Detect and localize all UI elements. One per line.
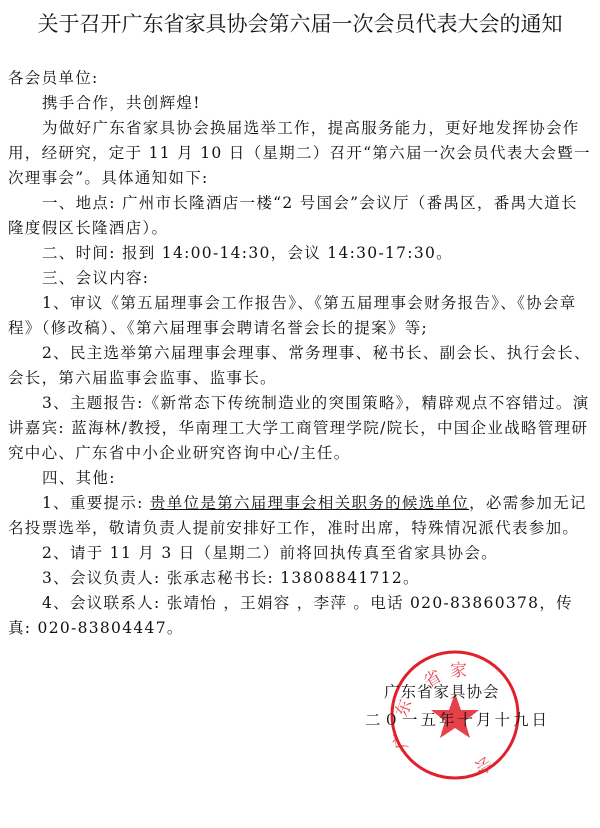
signature-date: 二０一五年十月十九日 — [365, 708, 550, 730]
candidate-notice-underlined: 贵单位是第六届理事会相关职务的候选单位 — [150, 494, 469, 512]
content-item-3: 3、主题报告:《新常态下传统制造业的突围策略》，精辟观点不容错过。演讲嘉宾: 蓝… — [8, 391, 594, 466]
document-title: 关于召开广东省家具协会第六届一次会员代表大会的通知 — [0, 8, 600, 38]
salutation: 各会员单位: — [8, 66, 594, 91]
section-other-heading: 四、其他: — [8, 466, 594, 491]
content-item-1: 1、审议《第五届理事会工作报告》、《第五届理事会财务报告》、《协会章程》（修改稿… — [8, 291, 594, 341]
section-time: 二、时间: 报到 14:00-14:30，会议 14:30-17:30。 — [8, 241, 594, 266]
other-item-1: 1、重要提示: 贵单位是第六届理事会相关职务的候选单位，必需参加无记名投票选举，… — [8, 491, 594, 541]
signature-organization: 广东省家具协会 — [384, 680, 500, 702]
svg-text:广: 广 — [390, 730, 413, 750]
other-item-3: 3、会议负责人: 张承志秘书长: 13808841712。 — [8, 566, 594, 591]
svg-text:家: 家 — [450, 661, 467, 681]
other-item-1-prefix: 1、重要提示: — [42, 494, 150, 512]
document-body: 各会员单位: 携手合作，共创辉煌! 为做好广东省家具协会换届选举工作，提高服务能… — [8, 66, 594, 641]
slogan: 携手合作，共创辉煌! — [8, 91, 594, 116]
other-item-2: 2、请于 11 月 3 日（星期二）前将回执传真至省家具协会。 — [8, 541, 594, 566]
content-item-2: 2、民主选举第六届理事会理事、常务理事、秘书长、副会长、执行会长、会长，第六届监… — [8, 341, 594, 391]
section-content-heading: 三、会议内容: — [8, 266, 594, 291]
intro-paragraph: 为做好广东省家具协会换届选举工作，提高服务能力，更好地发挥协会作用，经研究，定于… — [8, 116, 594, 191]
other-item-4: 4、会议联系人: 张靖怡 ，王娟容 ，李萍 。电话 020-83860378，传… — [8, 591, 594, 641]
section-location: 一、地点: 广州市长隆酒店一楼“2 号国会”会议厅（番禺区，番禺大道长隆度假区长… — [8, 191, 594, 241]
